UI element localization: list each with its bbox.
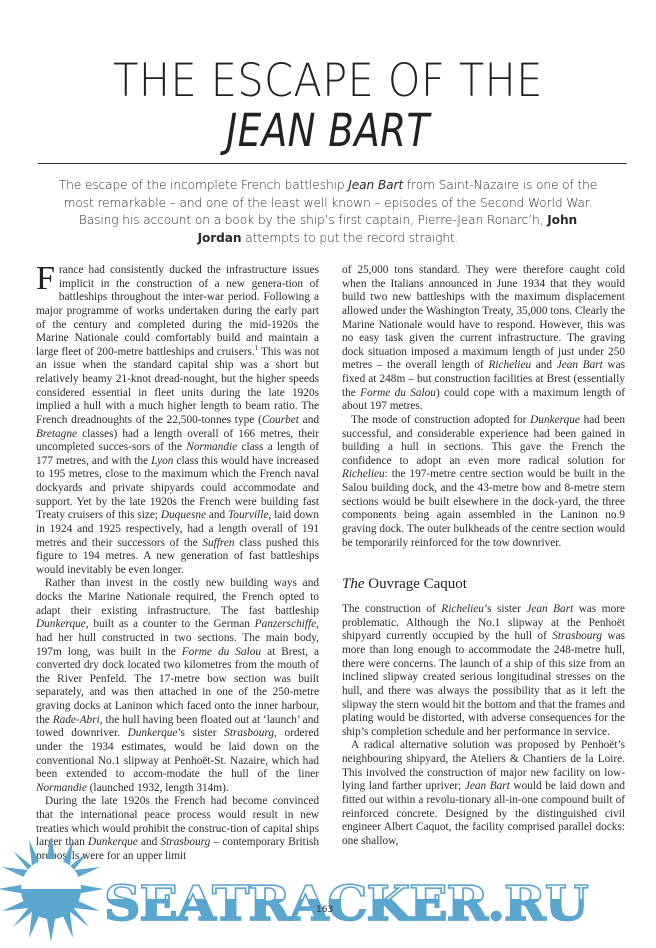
title-line-1: THE ESCAPE OF THE (26, 56, 630, 106)
paragraph: During the late 1920s the French had bec… (36, 795, 319, 863)
ship-name: Jean Bart (348, 178, 403, 192)
title-line-2: JEAN BART (26, 106, 630, 156)
section-heading: The Ouvrage Caquot (342, 575, 625, 593)
magazine-page: THE ESCAPE OF THE JEAN BART The escape o… (0, 0, 656, 948)
paragraph: A radical alternative solution was propo… (342, 739, 625, 848)
drop-cap: F (36, 266, 55, 292)
right-column: of 25,000 tons standard. They were there… (342, 264, 625, 848)
page-number: 163 (316, 905, 333, 915)
standfirst: The escape of the incomplete French batt… (58, 177, 598, 247)
paragraph: of 25,000 tons standard. They were there… (342, 264, 625, 414)
paragraph: Rather than invest in the costly new bui… (36, 577, 319, 795)
title-divider (38, 163, 627, 164)
paragraph: France had consistently ducked the infra… (36, 264, 319, 577)
left-column: France had consistently ducked the infra… (36, 264, 319, 864)
article-title: THE ESCAPE OF THE JEAN BART (0, 56, 656, 156)
watermark-text: SEATRACKER.RU (104, 880, 588, 928)
standfirst-text: attempts to put the record straight. (242, 231, 459, 245)
paragraph: The mode of construction adopted for Dun… (342, 414, 625, 550)
paragraph: The construction of Richelieu’s sister J… (342, 603, 625, 739)
standfirst-text: The escape of the incomplete French batt… (59, 178, 348, 192)
